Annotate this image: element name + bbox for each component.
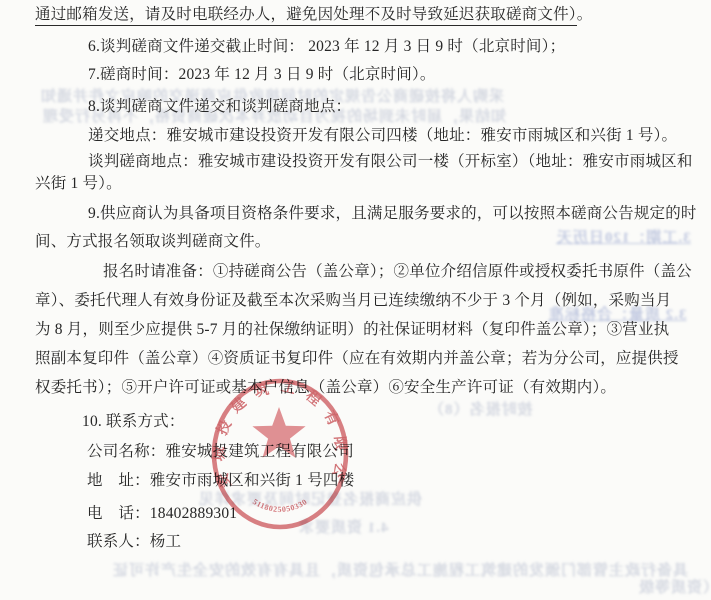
seal-serial-number: 5118025050330 — [251, 497, 309, 514]
seal-star — [252, 407, 305, 458]
line-signup-materials-1: 报名时请准备：①持磋商公告（盖公章）；②单位介绍信原件或授权委托书原件（盖公 — [103, 263, 692, 282]
line-consultation-time: 7.磋商时间：2023 年 12 月 3 日 9 时（北京时间）。 — [88, 66, 436, 85]
line-contact-heading: 10. 联系方式： — [82, 413, 185, 432]
sentence-period: 。 — [577, 6, 593, 23]
line-consult-location-wrap: 兴街 1 号）。 — [35, 175, 122, 194]
line-signup-materials-3: 为 8 月，则至少应提供 5-7 月的社保缴纳证明）的社保证明材料（复印件盖公章… — [35, 321, 669, 340]
line-signup-materials-4: 照副本复印件（盖公章）④资质证书复印件（应在有效期内并盖公章；若为分公司，应提供… — [35, 350, 679, 369]
scanned-document-page: 采购人将按磋商公告规定的时间接收供应商递交的响应文件并通知 知结果，届时未到场的… — [0, 0, 711, 600]
line-submit-location: 递交地点：雅安城市建设投资开发有限公司四楼（地址：雅安市雨城区和兴街 1 号）。 — [88, 127, 677, 146]
underlined-notice-text: 通过邮箱发送，请及时电联经办人，避免因处理不及时导致延迟获取磋商文件） — [35, 6, 577, 26]
line-submission-deadline: 6.谈判磋商文件递交截止时间： 2023 年 12 月 3 日 9 时（北京时间… — [88, 38, 565, 57]
line-signup-materials-2: 章）、委托代理人有效身份证及截至本次采购当月已连续缴纳不少于 3 个月（例如，采… — [35, 292, 671, 311]
ghost-bleed-text: 具备行政主管部门颁发的建筑工程施工总承包资质，且具有有效的安全生产许可证 — [112, 559, 688, 580]
line-consult-location: 谈判磋商地点：雅安城市建设投资开发有限公司一楼（开标室）（地址：雅安市雨城区和 — [88, 153, 693, 172]
ghost-bleed-text: （资质等级 — [638, 576, 711, 597]
line-supplier-clause-1: 9.供应商认为具备项目资格条件要求，且满足服务要求的，可以按照本磋商公告规定的时 — [88, 205, 697, 224]
line-contact-person: 联系人：杨工 — [87, 533, 181, 552]
line-locations-heading: 8.谈判磋商文件递交和谈判磋商地点： — [88, 98, 351, 117]
line-supplier-clause-2: 间、方式报名领取谈判磋商文件。 — [35, 233, 271, 252]
paragraph-continuation-line: 通过邮箱发送，请及时电联经办人，避免因处理不及时导致延迟获取磋商文件）。 — [35, 6, 592, 25]
ghost-bleed-text: 按时报名（8） — [428, 398, 533, 419]
company-seal: 雅安城投建筑工程有限公司 5118025050330 — [209, 377, 352, 533]
ghost-bleed-text: 3.工期：120日历天 — [556, 226, 691, 247]
